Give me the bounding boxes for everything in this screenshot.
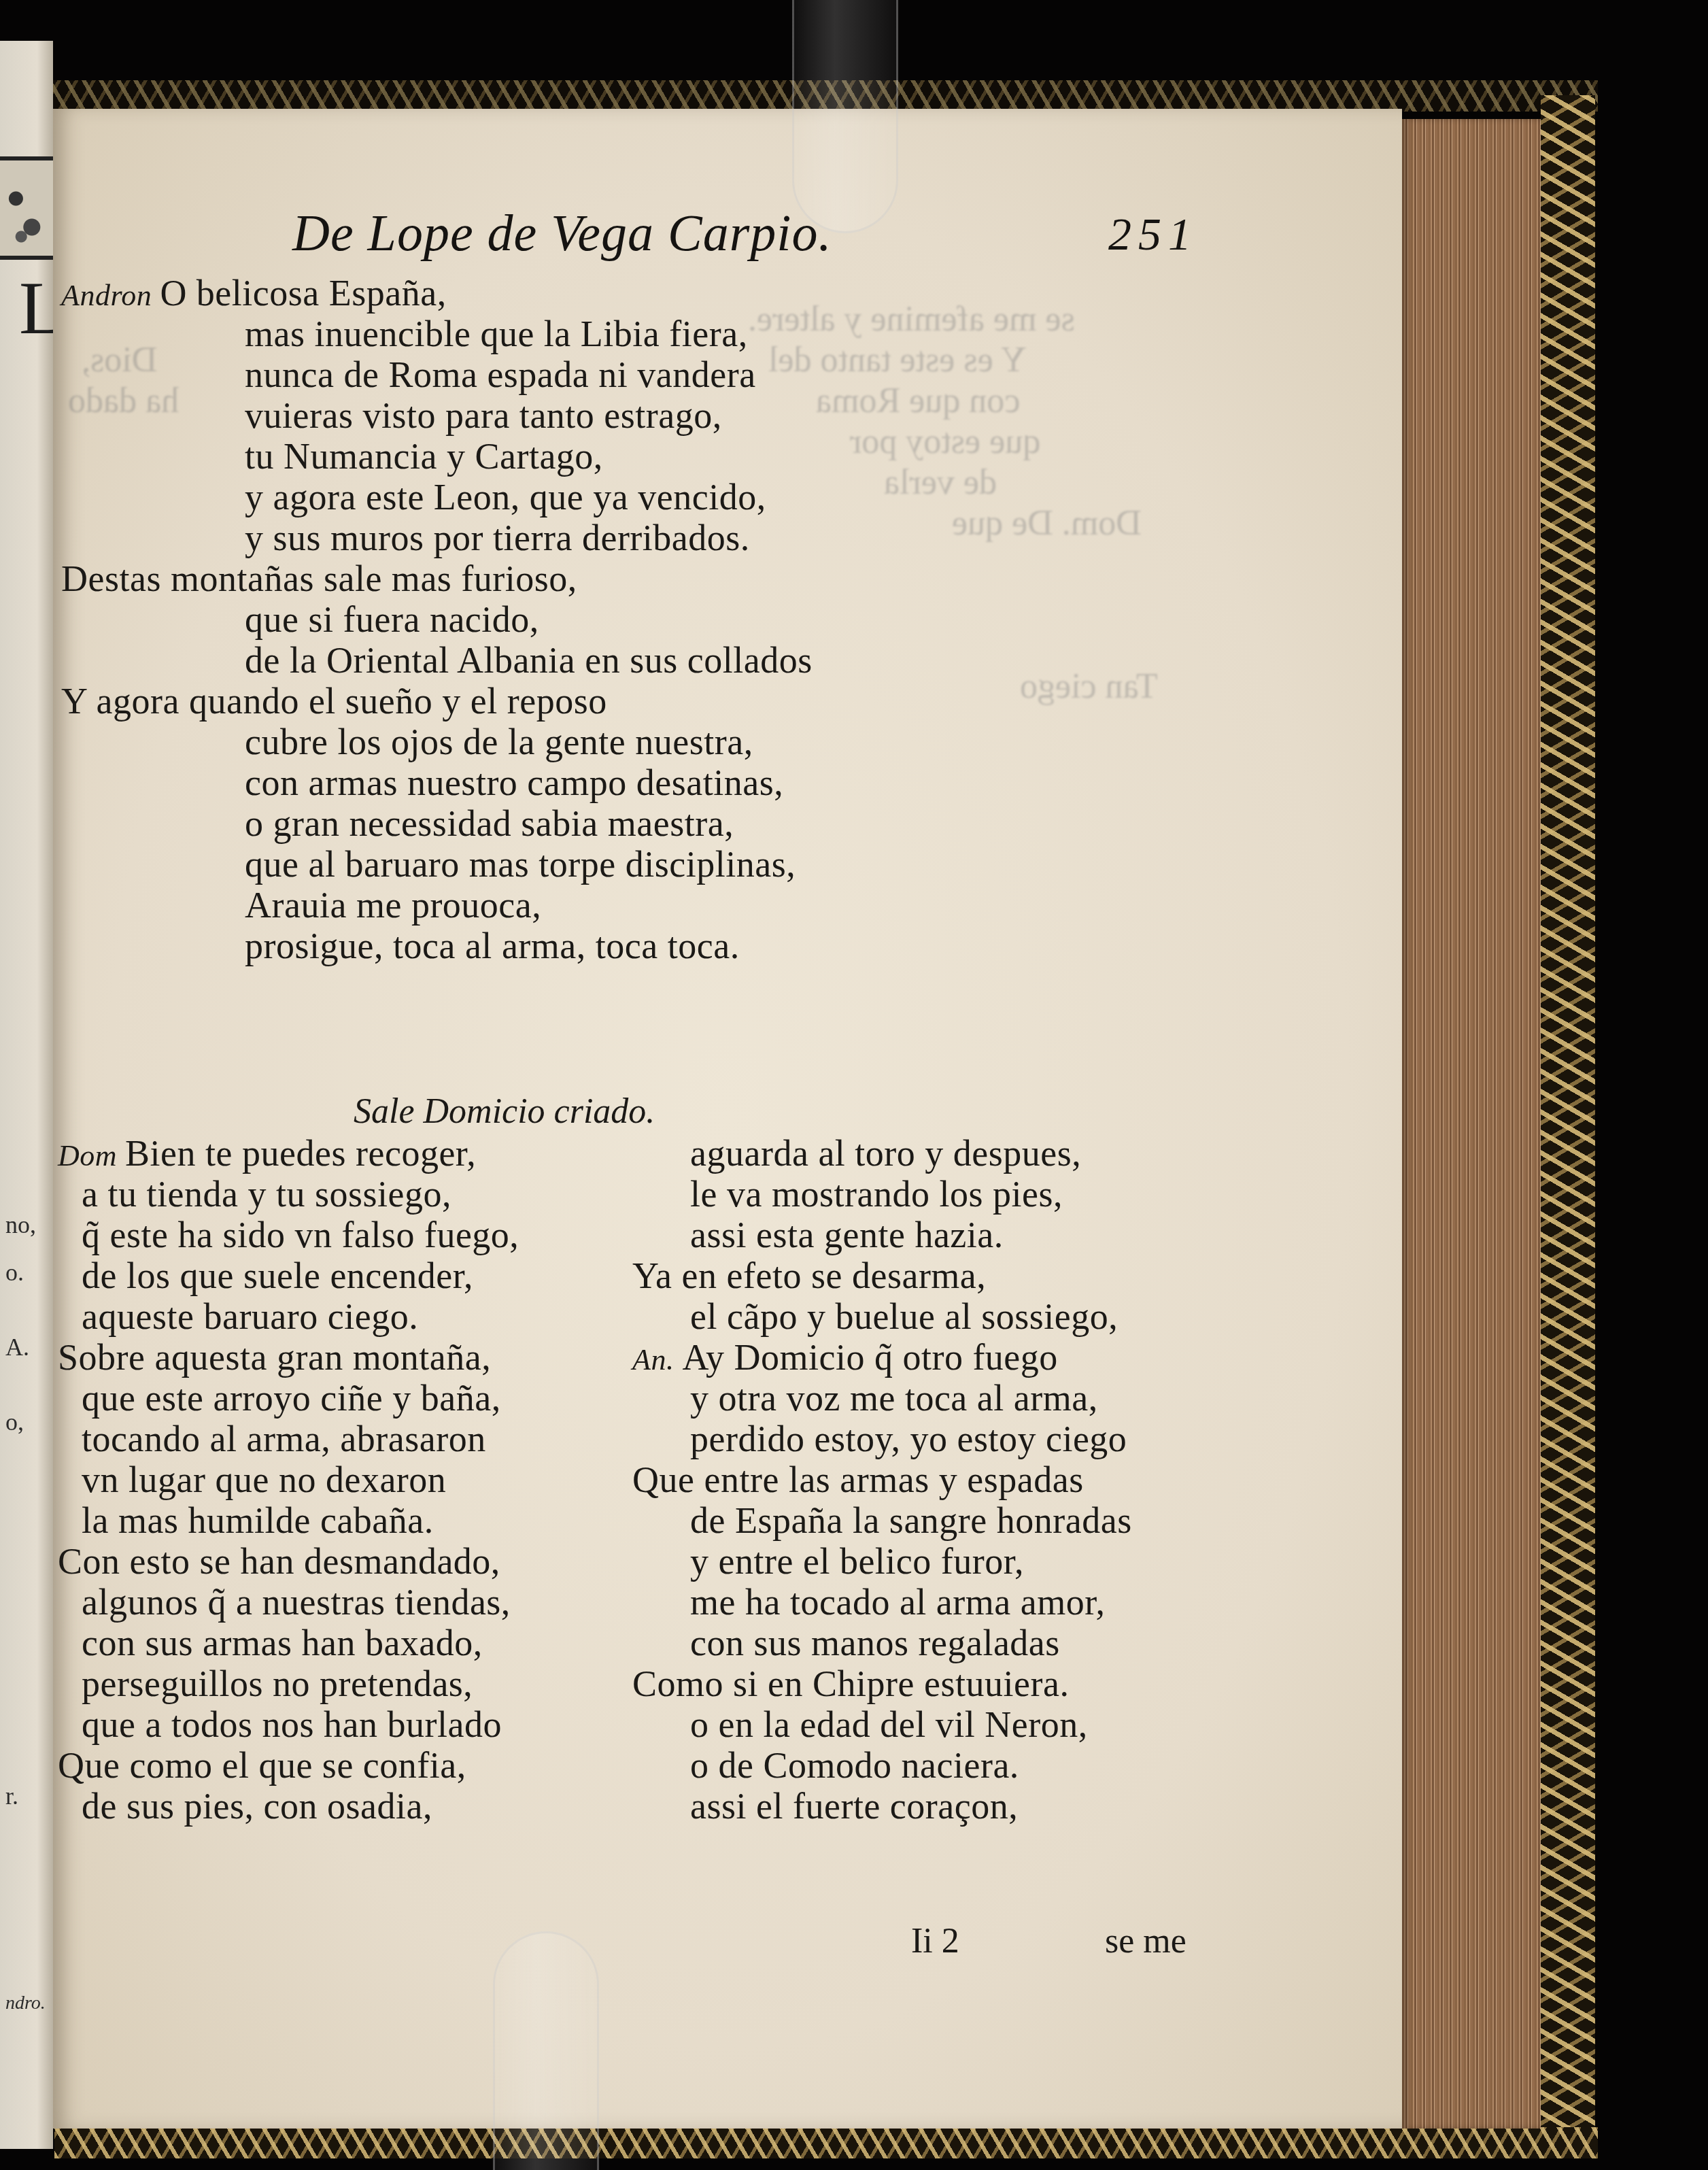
verse-line: de los que suele encender, <box>82 1255 473 1297</box>
verse-line: que este arroyo ciñe y baña, <box>82 1377 501 1419</box>
cover-gold-border-right <box>1541 95 1595 2156</box>
verse-text: nunca de Roma espada ni vandera <box>245 354 756 395</box>
speaker-label: Dom <box>58 1139 117 1172</box>
verse-text: aqueste baruaro ciego. <box>82 1296 418 1337</box>
verse-text: que este arroyo ciñe y baña, <box>82 1378 501 1419</box>
verse-line: Destas montañas sale mas furioso, <box>61 558 577 600</box>
verse-text: Arauia me prouoca, <box>245 885 541 926</box>
verse-text: el cãpo y buelue al sossiego, <box>690 1296 1118 1337</box>
verse-text: la mas humilde cabaña. <box>82 1500 434 1541</box>
verse-line: vuieras visto para tanto estrago, <box>245 394 722 437</box>
verse-text: con sus armas han baxado, <box>82 1623 483 1663</box>
verse-line: que a todos nos han burlado <box>82 1703 502 1746</box>
verse-line: Con esto se han desmandado, <box>58 1540 500 1582</box>
verse-line: assi esta gente hazia. <box>690 1214 1004 1256</box>
page-fore-edge <box>1402 119 1541 2129</box>
verse-line: de sus pies, con osadia, <box>82 1785 432 1827</box>
verse-line: con sus manos regaladas <box>690 1622 1060 1664</box>
verse-text: a tu tienda y tu sossiego, <box>82 1174 451 1215</box>
verse-line: me ha tocado al arma amor, <box>690 1581 1106 1623</box>
verse-line: q̃ este ha sido vn falso fuego, <box>82 1214 519 1256</box>
verse-line: perseguillos no pretendas, <box>82 1663 473 1705</box>
verse-line: y agora este Leon, que ya vencido, <box>245 476 766 518</box>
speaker-label: An. <box>632 1343 674 1376</box>
verse-line: An.Ay Domicio q̃ otro fuego <box>632 1336 1058 1378</box>
verse-text: le va mostrando los pies, <box>690 1174 1063 1215</box>
verse-text: que a todos nos han burlado <box>82 1704 502 1745</box>
bleed-through-text: Dios, <box>82 340 157 380</box>
verse-line: o gran necessidad sabia maestra, <box>245 802 734 845</box>
bleed-through-text: de verla <box>884 462 997 503</box>
bleed-through-text: con que Roma <box>816 381 1020 421</box>
verse-text: Sobre aquesta gran montaña, <box>58 1337 491 1378</box>
verse-text: tu Numancia y Cartago, <box>245 436 603 477</box>
left-page-fragment: no, <box>5 1210 36 1239</box>
verse-line: Como si en Chipre estuuiera. <box>632 1663 1069 1705</box>
verse-text: vuieras visto para tanto estrago, <box>245 395 722 436</box>
verse-text: Bien te puedes recoger, <box>125 1133 476 1174</box>
verse-text: de la Oriental Albania en sus collados <box>245 640 813 681</box>
woodcut-ornament <box>0 156 53 260</box>
verse-line: Y agora quando el sueño y el reposo <box>61 680 607 722</box>
verse-text: perdido estoy, yo estoy ciego <box>690 1419 1127 1459</box>
left-page-fragment: r. <box>5 1782 18 1810</box>
verse-text: assi esta gente hazia. <box>690 1215 1004 1255</box>
verse-line: y otra voz me toca al arma, <box>690 1377 1098 1419</box>
verse-text: cubre los ojos de la gente nuestra, <box>245 722 753 762</box>
verse-line: tu Numancia y Cartago, <box>245 435 603 477</box>
verse-text: de los que suele encender, <box>82 1255 473 1296</box>
signature-mark: Ii 2 <box>911 1921 959 1961</box>
bleed-through-text: que estoy por <box>850 422 1040 462</box>
catchword: se me <box>1105 1921 1186 1961</box>
left-page-fragment: o. <box>5 1258 24 1287</box>
initial-letter: L <box>19 265 53 352</box>
verse-line: Arauia me prouoca, <box>245 884 541 926</box>
verse-line: de la Oriental Albania en sus collados <box>245 639 813 681</box>
verse-line: aguarda al toro y despues, <box>690 1132 1081 1174</box>
left-page-fragment: ndro. <box>5 1993 46 2014</box>
page-clip-bottom <box>493 1931 599 2170</box>
bleed-through-text: Y es este tanto del <box>768 340 1026 380</box>
verse-line: assi el fuerte coraçon, <box>690 1785 1018 1827</box>
verse-line: Que como el que se confia, <box>58 1744 466 1786</box>
bleed-through-text: se me afemine y altere. <box>748 299 1075 339</box>
verse-text: o gran necessidad sabia maestra, <box>245 803 734 844</box>
verse-line: la mas humilde cabaña. <box>82 1499 434 1542</box>
verse-line: Sobre aquesta gran montaña, <box>58 1336 491 1378</box>
verse-text: aguarda al toro y despues, <box>690 1133 1081 1174</box>
verse-text: tocando al arma, abrasaron <box>82 1419 486 1459</box>
verse-line: que si fuera nacido, <box>245 598 539 641</box>
verse-text: vn lugar que no dexaron <box>82 1459 446 1500</box>
verse-text: me ha tocado al arma amor, <box>690 1582 1106 1623</box>
running-head: De Lope de Vega Carpio. <box>292 204 832 263</box>
verse-line: algunos q̃ a nuestras tiendas, <box>82 1581 511 1623</box>
verse-line: aqueste baruaro ciego. <box>82 1295 418 1338</box>
verse-text: de sus pies, con osadia, <box>82 1786 432 1827</box>
bleed-through-text: Dom. De que <box>952 503 1142 543</box>
verse-line: mas inuencible que la Libia fiera, <box>245 313 748 355</box>
verse-line: le va mostrando los pies, <box>690 1173 1063 1215</box>
verse-line: o en la edad del vil Neron, <box>690 1703 1088 1746</box>
verse-text: que si fuera nacido, <box>245 599 539 640</box>
verse-line: prosigue, toca al arma, toca toca. <box>245 925 740 967</box>
left-page-fragment: o, <box>5 1408 24 1436</box>
verse-text: Con esto se han desmandado, <box>58 1541 500 1582</box>
verse-line: el cãpo y buelue al sossiego, <box>690 1295 1118 1338</box>
verse-line: de España la sangre honradas <box>690 1499 1132 1542</box>
speaker-label: Andron <box>61 279 152 312</box>
verse-text: y entre el belico furor, <box>690 1541 1024 1582</box>
verse-line: Que entre las armas y espadas <box>632 1459 1084 1501</box>
verse-text: prosigue, toca al arma, toca toca. <box>245 926 740 966</box>
verse-text: y agora este Leon, que ya vencido, <box>245 477 766 518</box>
verse-line: DomBien te puedes recoger, <box>58 1132 476 1174</box>
verse-text: assi el fuerte coraçon, <box>690 1786 1018 1827</box>
verse-text: Y agora quando el sueño y el reposo <box>61 681 607 722</box>
verse-text: Ay Domicio q̃ otro fuego <box>682 1337 1057 1378</box>
page-clip-top <box>792 0 898 233</box>
page-number: 251 <box>1108 207 1198 261</box>
verse-text: algunos q̃ a nuestras tiendas, <box>82 1582 511 1623</box>
verse-text: con armas nuestro campo desatinas, <box>245 762 783 803</box>
stage-direction: Sale Domicio criado. <box>354 1091 655 1132</box>
verse-line: con sus armas han baxado, <box>82 1622 483 1664</box>
verse-text: con sus manos regaladas <box>690 1623 1060 1663</box>
verse-line: y sus muros por tierra derribados. <box>245 517 750 559</box>
bleed-through-text: ha dado <box>68 381 179 421</box>
verse-text: y otra voz me toca al arma, <box>690 1378 1098 1419</box>
verse-line: cubre los ojos de la gente nuestra, <box>245 721 753 763</box>
bleed-through-text: Tan ciego <box>1020 666 1158 707</box>
verse-line: vn lugar que no dexaron <box>82 1459 446 1501</box>
verse-line: con armas nuestro campo desatinas, <box>245 762 783 804</box>
verse-text: Destas montañas sale mas furioso, <box>61 558 577 599</box>
verse-text: perseguillos no pretendas, <box>82 1663 473 1704</box>
verse-text: mas inuencible que la Libia fiera, <box>245 313 748 354</box>
verse-line: a tu tienda y tu sossiego, <box>82 1173 451 1215</box>
verse-text: Que como el que se confia, <box>58 1745 466 1786</box>
verse-text: Que entre las armas y espadas <box>632 1459 1084 1500</box>
cover-gold-border-bottom <box>54 2127 1598 2158</box>
left-facing-page: L no, o. A. o, r. ndro. <box>0 41 53 2149</box>
verse-text: que al baruaro mas torpe disciplinas, <box>245 844 796 885</box>
verse-text: o de Comodo naciera. <box>690 1745 1019 1786</box>
verse-line: AndronO belicosa España, <box>61 272 447 314</box>
verse-line: que al baruaro mas torpe disciplinas, <box>245 843 796 885</box>
verse-line: nunca de Roma espada ni vandera <box>245 354 756 396</box>
verse-text: o en la edad del vil Neron, <box>690 1704 1088 1745</box>
verse-text: O belicosa España, <box>160 273 446 313</box>
verse-line: o de Comodo naciera. <box>690 1744 1019 1786</box>
verse-text: de España la sangre honradas <box>690 1500 1132 1541</box>
verse-text: Ya en efeto se desarma, <box>632 1255 986 1296</box>
left-page-fragment: A. <box>5 1333 29 1361</box>
verse-line: perdido estoy, yo estoy ciego <box>690 1418 1127 1460</box>
verse-line: Ya en efeto se desarma, <box>632 1255 986 1297</box>
verse-line: tocando al arma, abrasaron <box>82 1418 486 1460</box>
verse-text: y sus muros por tierra derribados. <box>245 518 750 558</box>
verse-text: q̃ este ha sido vn falso fuego, <box>82 1215 519 1255</box>
verse-line: y entre el belico furor, <box>690 1540 1024 1582</box>
verse-text: Como si en Chipre estuuiera. <box>632 1663 1069 1704</box>
